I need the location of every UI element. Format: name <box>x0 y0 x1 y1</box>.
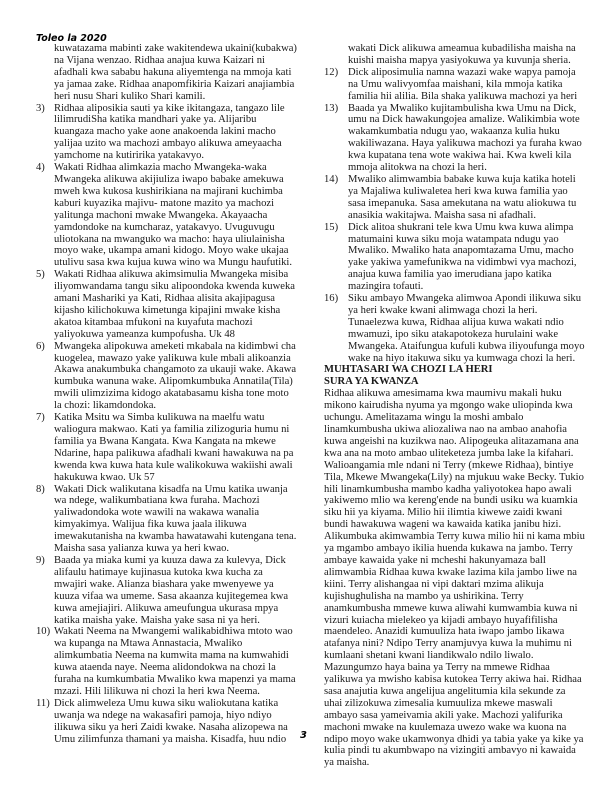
list-item: 15)Dick alitoa shukrani tele kwa Umu kwa… <box>324 222 586 293</box>
item-text: Dick aliposimulia namna wazazi wake wapy… <box>348 67 586 103</box>
list-item: 9)Baada ya miaka kumi ya kuuza dawa za k… <box>36 555 298 626</box>
item-number: 9) <box>36 555 54 626</box>
item-text: Mwaliko alimwambia babake kuwa kuja kati… <box>348 174 586 222</box>
item-text: Baada ya miaka kumi ya kuuza dawa za kul… <box>54 555 298 626</box>
continuation-text: wakati Dick alikuwa ameamua kubadilisha … <box>324 43 586 67</box>
list-item: 5)Wakati Ridhaa alikuwa akimsimulia Mwan… <box>36 269 298 340</box>
item-text: Wakati Dick walikutana kisadfa na Umu ka… <box>54 484 298 555</box>
list-item: 4)Wakati Ridhaa alimkazia macho Mwangeka… <box>36 162 298 269</box>
list-item: 8)Wakati Dick walikutana kisadfa na Umu … <box>36 484 298 555</box>
right-column: wakati Dick alikuwa ameamua kubadilisha … <box>324 43 586 769</box>
item-number: 3) <box>36 103 54 163</box>
item-text: Dick alimweleza Umu kuwa siku waliokutan… <box>54 698 298 746</box>
item-text: Dick alitoa shukrani tele kwa Umu kwa ku… <box>348 222 586 293</box>
list-item: 3)Ridhaa aliposikia sauti ya kike ikitan… <box>36 103 298 163</box>
item-number: 4) <box>36 162 54 269</box>
item-number: 6) <box>36 341 54 412</box>
item-text: Wakati Neema na Mwangemi walikabidhiwa m… <box>54 626 298 697</box>
list-item: 11)Dick alimweleza Umu kuwa siku walioku… <box>36 698 298 746</box>
list-item: 14)Mwaliko alimwambia babake kuwa kuja k… <box>324 174 586 222</box>
page-number: 3 <box>300 730 307 741</box>
left-column: kuwatazama mabinti zake wakitendewa ukai… <box>36 43 298 745</box>
item-text: Wakati Ridhaa alikuwa akimsimulia Mwange… <box>54 269 298 340</box>
section-heading: MUHTASARI WA CHOZI LA HERI <box>324 364 586 376</box>
item-number: 11) <box>36 698 54 746</box>
list-item: 13)Baada ya Mwaliko kujitambulisha kwa U… <box>324 103 586 174</box>
item-number: 16) <box>324 293 348 364</box>
item-text: Siku ambayo Mwangeka alimwoa Apondi ilik… <box>348 293 586 364</box>
summary-paragraph: Ridhaa alikuwa amesimama kwa maumivu mak… <box>324 388 586 769</box>
item-text: Wakati Ridhaa alimkazia macho Mwangeka-w… <box>54 162 298 269</box>
item-number: 15) <box>324 222 348 293</box>
item-number: 7) <box>36 412 54 483</box>
list-item: 16)Siku ambayo Mwangeka alimwoa Apondi i… <box>324 293 586 364</box>
item-number: 13) <box>324 103 348 174</box>
item-number: 8) <box>36 484 54 555</box>
list-item: 6)Mwangeka alipokuwa ameketi mkabala na … <box>36 341 298 412</box>
item-number: 10) <box>36 626 54 697</box>
chapter-heading: SURA YA KWANZA <box>324 376 586 388</box>
item-number: 12) <box>324 67 348 103</box>
item-text: Mwangeka alipokuwa ameketi mkabala na ki… <box>54 341 298 412</box>
item-text: Ridhaa aliposikia sauti ya kike ikitanga… <box>54 103 298 163</box>
item-text: Baada ya Mwaliko kujitambulisha kwa Umu … <box>348 103 586 174</box>
item-number: 14) <box>324 174 348 222</box>
list-item: 10)Wakati Neema na Mwangemi walikabidhiw… <box>36 626 298 697</box>
list-item: 7)Katika Msitu wa Simba kulikuwa na mael… <box>36 412 298 483</box>
item-text: Katika Msitu wa Simba kulikuwa na maelfu… <box>54 412 298 483</box>
list-item: 12)Dick aliposimulia namna wazazi wake w… <box>324 67 586 103</box>
item-number: 5) <box>36 269 54 340</box>
continuation-text: kuwatazama mabinti zake wakitendewa ukai… <box>36 43 298 103</box>
